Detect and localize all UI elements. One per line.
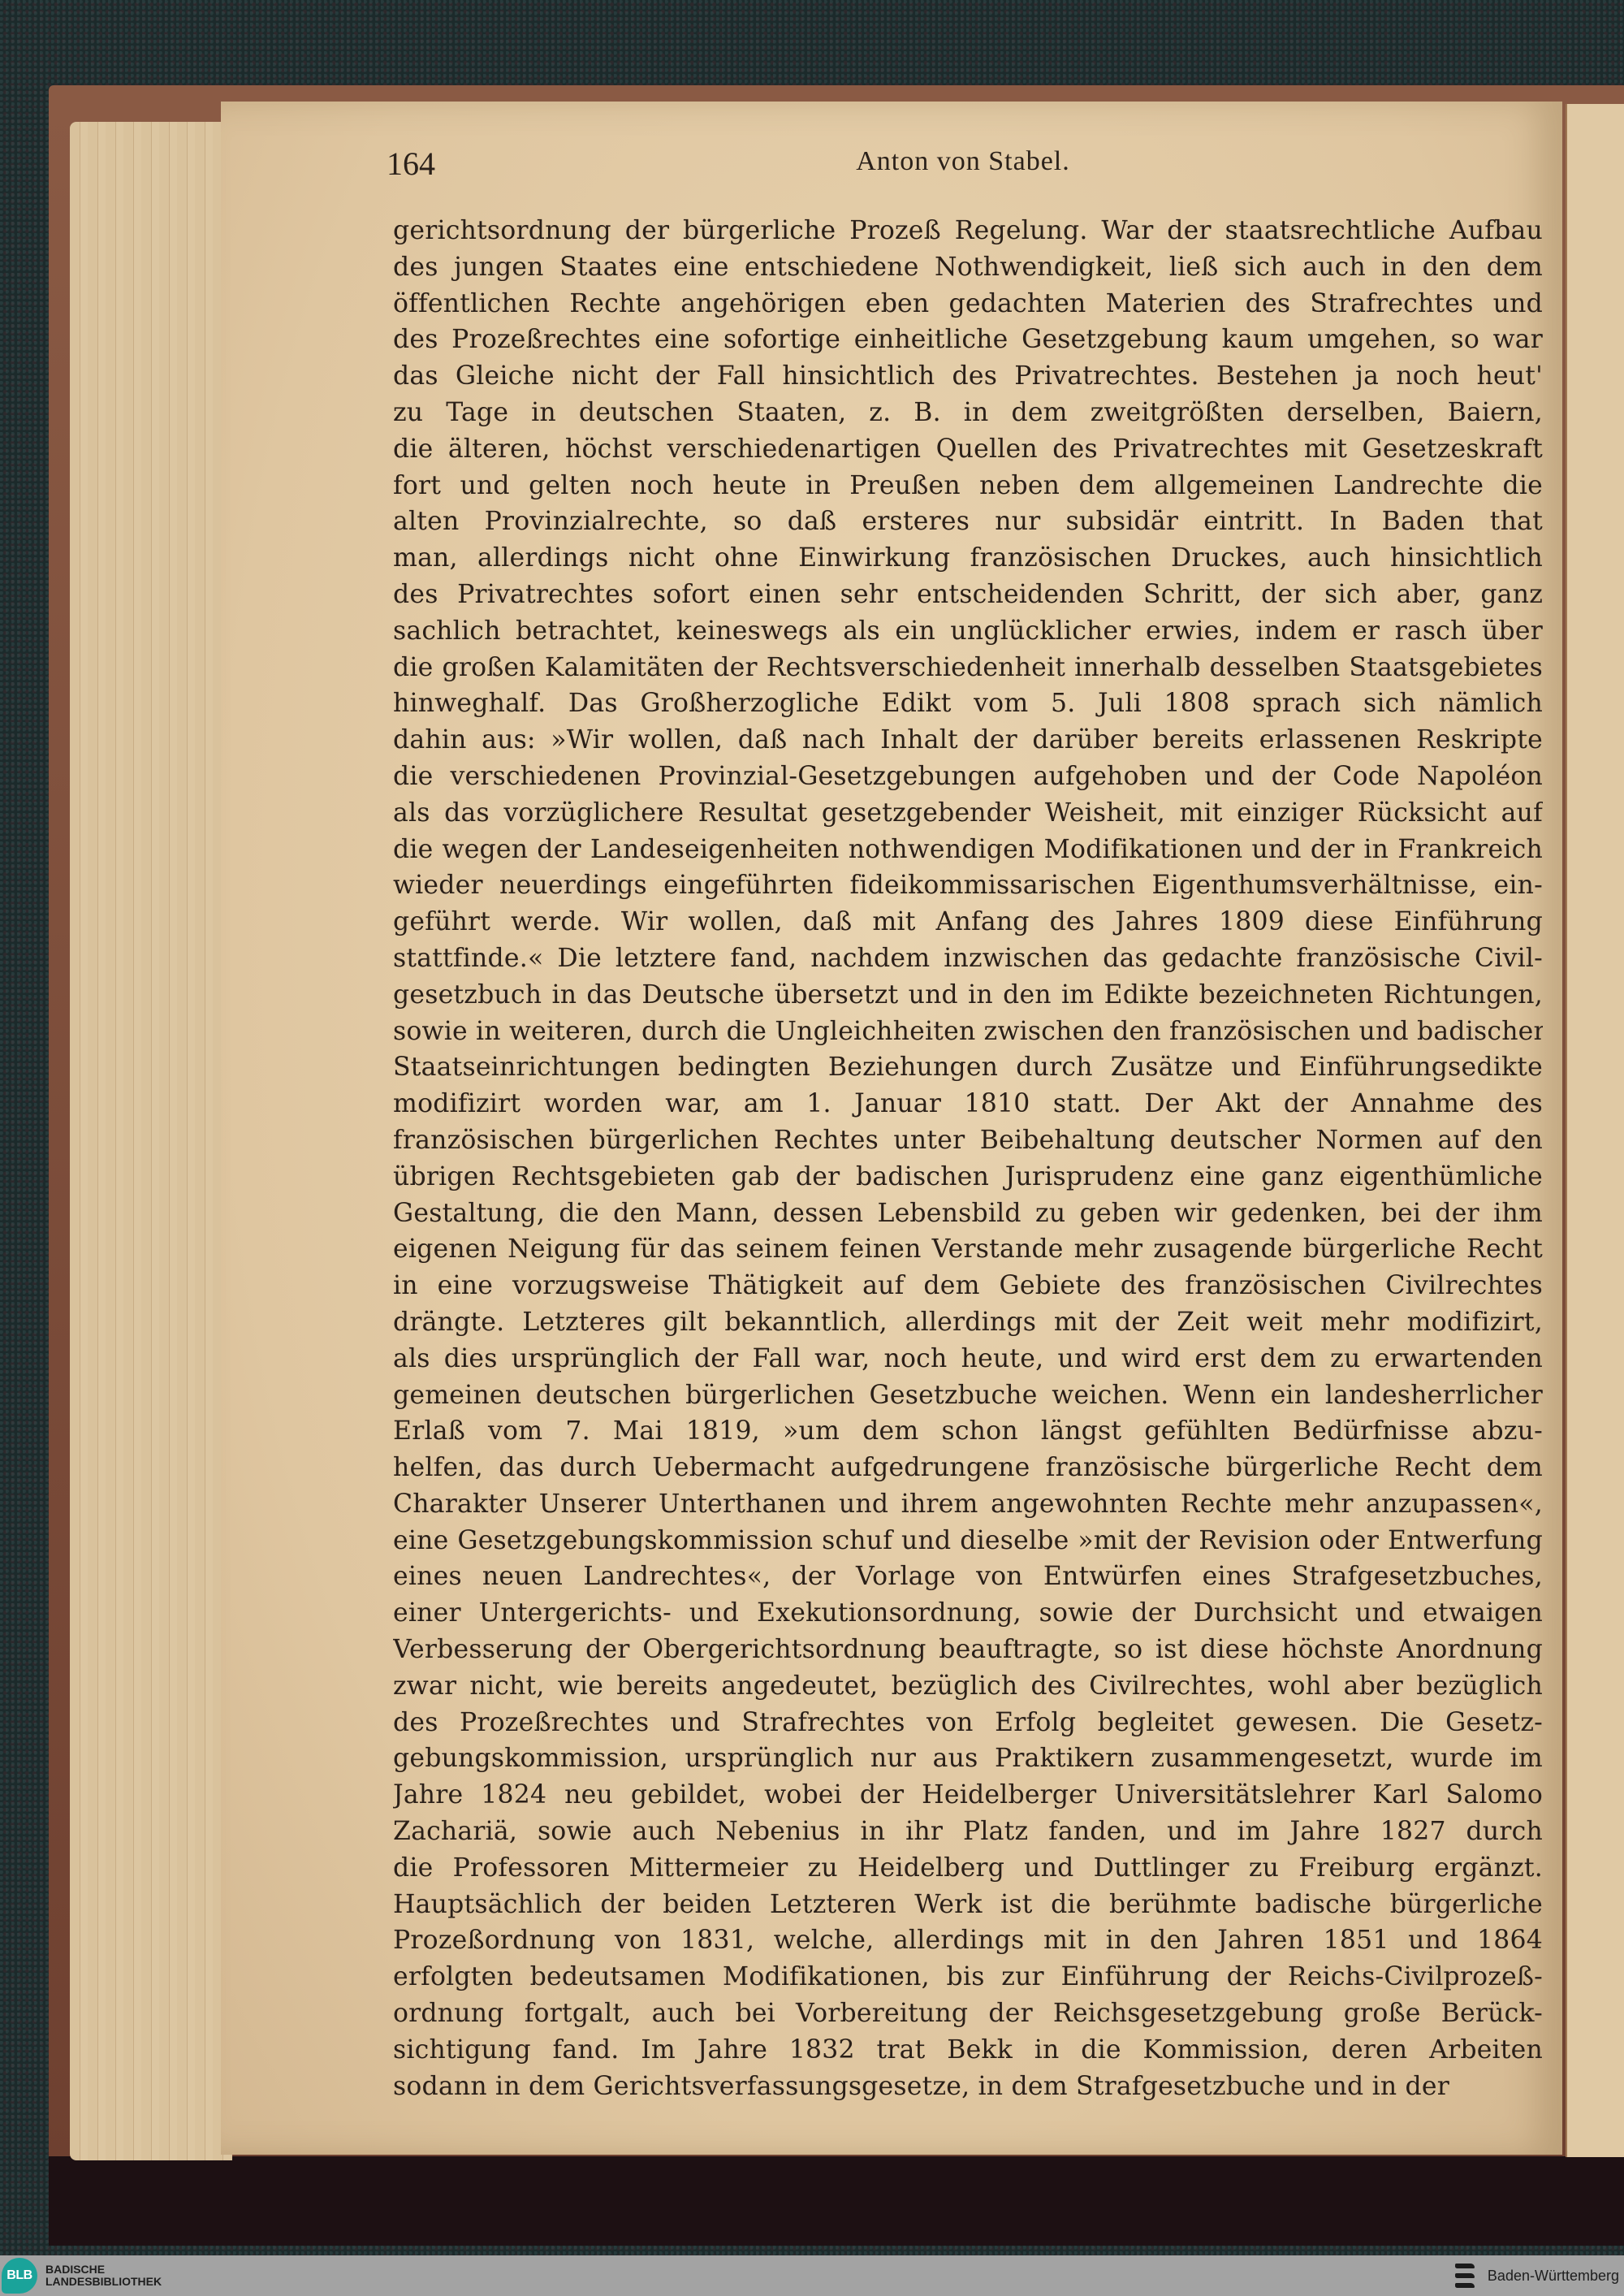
text-line: man, allerdings nicht ohne Einwirkung fr…	[393, 540, 1543, 577]
text-line: die verschiedenen Provinzial-Gesetzgebun…	[393, 759, 1543, 795]
page-stack-edge	[70, 122, 232, 2160]
text-line: einer Untergerichts- und Exekutionsordnu…	[393, 1595, 1543, 1632]
text-line: drängte. Letzteres gilt bekanntlich, all…	[393, 1304, 1543, 1341]
text-line: des Prozeßrechtes und Strafrechtes von E…	[393, 1705, 1543, 1741]
text-line: Staatseinrichtungen bedingten Beziehunge…	[393, 1049, 1543, 1086]
body-text: gerichtsordnung der bürgerliche Prozeß R…	[393, 213, 1543, 2104]
text-line: Prozeßordnung von 1831, welche, allerdin…	[393, 1922, 1543, 1959]
blb-badge-icon: BLB	[2, 2258, 37, 2294]
text-line: des Privatrechtes sofort einen sehr ents…	[393, 577, 1543, 613]
text-line: sachlich betrachtet, keineswegs als ein …	[393, 613, 1543, 650]
lion-icon	[1453, 2271, 1478, 2281]
text-line: Hauptsächlich der beiden Letzteren Werk …	[393, 1887, 1543, 1923]
text-line: helfen, das durch Uebermacht aufgedrunge…	[393, 1450, 1543, 1486]
cover-shadow	[49, 2156, 1624, 2246]
text-line: erfolgten bedeutsamen Modifikationen, bi…	[393, 1959, 1543, 1995]
running-title: Anton von Stabel.	[387, 146, 1540, 177]
text-line: französischen bürgerlichen Rechtes unter…	[393, 1122, 1543, 1159]
text-line: sichtigung fand. Im Jahre 1832 trat Bekk…	[393, 2032, 1543, 2069]
text-line: Jahre 1824 neu gebildet, wobei der Heide…	[393, 1777, 1543, 1814]
text-line: wieder neuerdings eingeführten fideikomm…	[393, 867, 1543, 904]
blb-name: BADISCHE LANDESBIBLIOTHEK	[45, 2264, 162, 2288]
text-line: ordnung fortgalt, auch bei Vorbereitung …	[393, 1995, 1543, 2032]
three-lions-icon	[1453, 2261, 1478, 2290]
facing-page-edge	[1566, 104, 1624, 2157]
text-line: sowie in weiteren, durch die Ungleichhei…	[393, 1014, 1543, 1050]
text-line: die älteren, höchst verschiedenartigen Q…	[393, 431, 1543, 468]
text-line: Verbesserung der Obergerichtsordnung bea…	[393, 1632, 1543, 1668]
text-line: alten Provinzialrechte, so daß ersteres …	[393, 504, 1543, 540]
text-line: zwar nicht, wie bereits angedeutet, bezü…	[393, 1668, 1543, 1705]
text-line: eines neuen Landrechtes«, der Vorlage vo…	[393, 1559, 1543, 1595]
text-line: zu Tage in deutschen Staaten, z. B. in d…	[393, 395, 1543, 431]
text-line: des Prozeßrechtes eine sofortige einheit…	[393, 322, 1543, 358]
baden-wuerttemberg-logo[interactable]: Baden-Württemberg	[1453, 2261, 1619, 2290]
blb-name-line1: BADISCHE	[45, 2264, 162, 2276]
text-line: die Professoren Mittermeier zu Heidelber…	[393, 1850, 1543, 1887]
lion-icon	[1453, 2281, 1478, 2290]
running-head: 164 Anton von Stabel.	[387, 145, 1540, 185]
blb-name-line2: LANDESBIBLIOTHEK	[45, 2276, 162, 2288]
text-line: Charakter Unserer Unterthanen und ihrem …	[393, 1486, 1543, 1523]
text-line: als das vorzüglichere Resultat gesetzgeb…	[393, 795, 1543, 832]
book-scan: 164 Anton von Stabel. gerichtsordnung de…	[0, 0, 1624, 2246]
text-line: stattfinde.« Die letztere fand, nachdem …	[393, 940, 1543, 977]
text-line: das Gleiche nicht der Fall hinsichtlich …	[393, 358, 1543, 395]
text-line: die großen Kalamitäten der Rechtsverschi…	[393, 650, 1543, 686]
text-line: fort und gelten noch heute in Preußen ne…	[393, 468, 1543, 504]
text-line: Zachariä, sowie auch Nebenius in ihr Pla…	[393, 1814, 1543, 1850]
lion-icon	[1453, 2261, 1478, 2271]
text-line: gemeinen deutschen bürgerlichen Gesetzbu…	[393, 1377, 1543, 1414]
text-line: dahin aus: »Wir wollen, daß nach Inhalt …	[393, 722, 1543, 759]
text-line: des jungen Staates eine entschiedene Not…	[393, 249, 1543, 286]
blb-logo[interactable]: BLB BADISCHE LANDESBIBLIOTHEK	[2, 2258, 162, 2294]
text-line: öffentlichen Rechte angehörigen eben ged…	[393, 286, 1543, 322]
text-line: gerichtsordnung der bürgerliche Prozeß R…	[393, 213, 1543, 249]
text-line: Gestaltung, die den Mann, dessen Lebensb…	[393, 1196, 1543, 1232]
text-line: die wegen der Landeseigenheiten nothwend…	[393, 832, 1543, 868]
text-line: geführt werde. Wir wollen, daß mit Anfan…	[393, 904, 1543, 940]
text-line: sodann in dem Gerichtsverfassungsgesetze…	[393, 2069, 1543, 2105]
text-line: Erlaß vom 7. Mai 1819, »um dem schon län…	[393, 1413, 1543, 1450]
text-line: gebungskommission, ursprünglich nur aus …	[393, 1740, 1543, 1777]
text-line: modifizirt worden war, am 1. Januar 1810…	[393, 1086, 1543, 1122]
text-line: eine Gesetzgebungskommission schuf und d…	[393, 1523, 1543, 1559]
text-line: gesetzbuch in das Deutsche übersetzt und…	[393, 977, 1543, 1014]
text-line: in eine vorzugsweise Thätigkeit auf dem …	[393, 1268, 1543, 1304]
footer-bar: BLB BADISCHE LANDESBIBLIOTHEK Baden-Würt…	[0, 2255, 1624, 2296]
baden-wuerttemberg-text: Baden-Württemberg	[1488, 2268, 1619, 2285]
text-line: als dies ursprünglich der Fall war, noch…	[393, 1341, 1543, 1377]
text-line: hinweghalf. Das Großherzogliche Edikt vo…	[393, 685, 1543, 722]
text-line: übrigen Rechtsgebieten gab der badischen…	[393, 1159, 1543, 1196]
text-line: eigenen Neigung für das seinem feinen Ve…	[393, 1231, 1543, 1268]
